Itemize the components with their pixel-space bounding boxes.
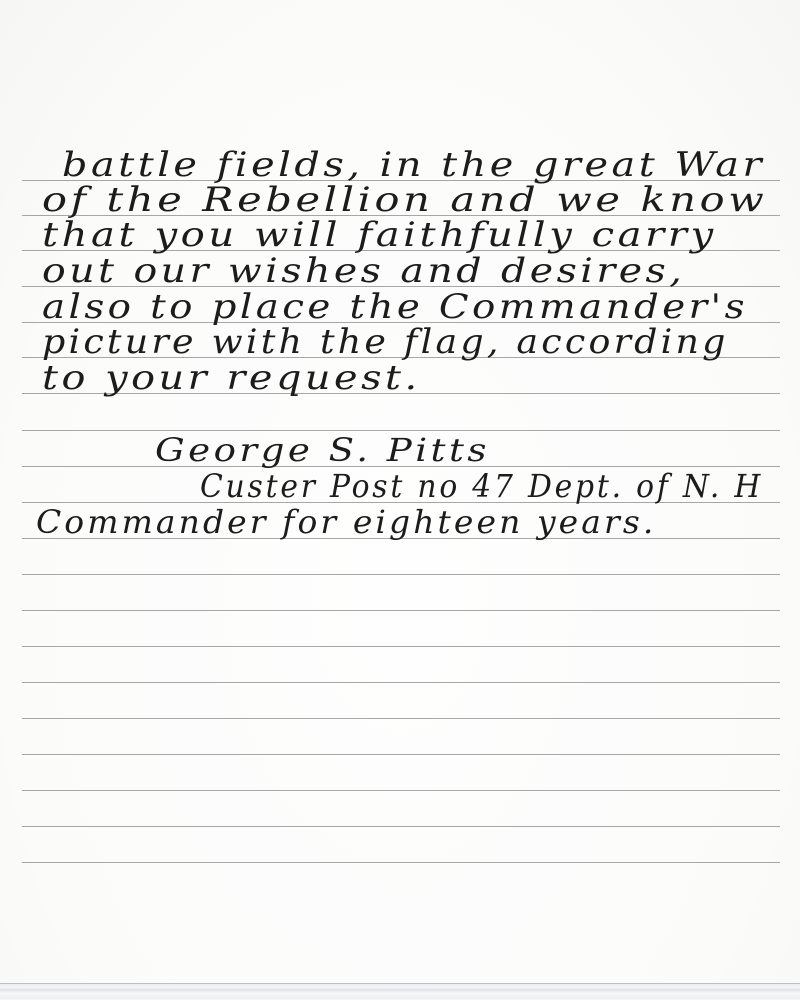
scan-edge [0, 983, 800, 1000]
ruled-line [22, 826, 780, 827]
signature-post: Custer Post no 47 Dept. of N. H [200, 470, 763, 502]
body-line-2: of the Rebellion and we know [42, 183, 767, 217]
signature-name: George S. Pitts [155, 434, 490, 466]
signature-title: Commander for eighteen years. [36, 506, 656, 538]
ruled-line [22, 862, 780, 863]
body-line-5: also to place the Commander's [42, 290, 748, 324]
ruled-line [22, 610, 780, 611]
ruled-line [22, 682, 780, 683]
ruled-line [22, 790, 780, 791]
ruled-line [22, 754, 780, 755]
body-line-3: that you will faithfully carry [42, 218, 717, 252]
ruled-line [22, 718, 780, 719]
body-line-6: picture with the flag, according [42, 325, 729, 359]
body-line-4: out our wishes and desires, [42, 254, 685, 288]
ruled-line [22, 646, 780, 647]
body-line-7: to your request. [42, 361, 421, 395]
body-line-1: battle fields, in the great War [62, 148, 765, 182]
letter-page: battle fields, in the great War of the R… [0, 0, 800, 1000]
ruled-line [22, 574, 780, 575]
